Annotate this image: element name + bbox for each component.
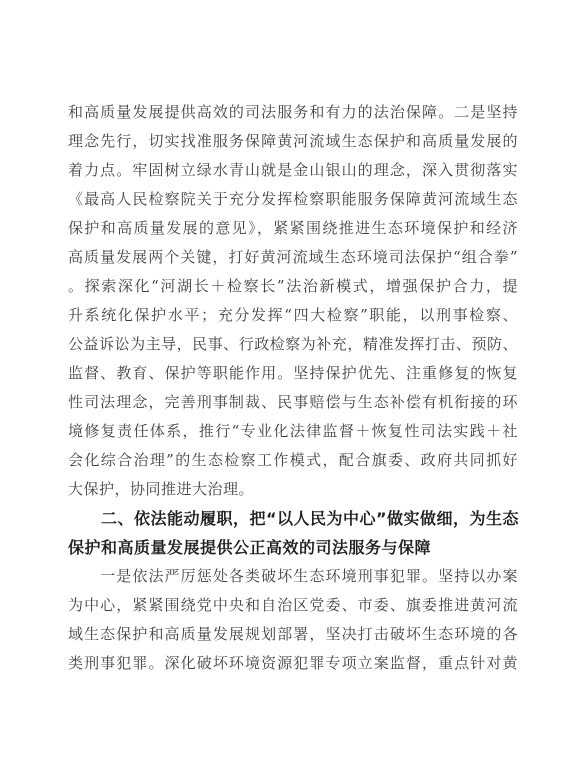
text-line: 一是依法严厉惩处各类破坏生态环境刑事犯罪。坚持以办案 [68,562,518,591]
text-line: 域生态保护和高质量发展规划部署，坚决打击破坏生态环境的各 [68,620,518,649]
text-line: 和高质量发展提供高效的司法服务和有力的法治保障。二是坚持 [68,98,518,127]
text-line: 为中心，紧紧围绕党中央和自治区党委、市委、旗委推进黄河流 [68,591,518,620]
paragraph-continued: 和高质量发展提供高效的司法服务和有力的法治保障。二是坚持理念先行，切实找准服务保… [68,98,518,504]
text-line: 着力点。牢固树立绿水青山就是金山银山的理念，深入贯彻落实 [68,156,518,185]
text-line: 《最高人民检察院关于充分发挥检察职能服务保障黄河流域生态 [68,185,518,214]
paragraph-first-point: 一是依法严厉惩处各类破坏生态环境刑事犯罪。坚持以办案为中心，紧紧围绕党中央和自治… [68,562,518,678]
text-line: 性司法理念，完善刑事制裁、民事赔偿与生态补偿有机衔接的环 [68,388,518,417]
text-line: 会化综合治理”的生态检察工作模式，配合旗委、政府共同抓好 [68,446,518,475]
text-line: 监督、教育、保护等职能作用。坚持保护优先、注重修复的恢复 [68,359,518,388]
text-line: 境修复责任体系，推行“专业化法律监督＋恢复性司法实践＋社 [68,417,518,446]
text-line: 类刑事犯罪。深化破坏环境资源犯罪专项立案监督，重点针对黄 [68,649,518,678]
text-line: 公益诉讼为主导，民事、行政检察为补充，精准发挥打击、预防、 [68,330,518,359]
text-line: 保护和高质量发展的意见》，紧紧围绕推进生态环境保护和经济 [68,214,518,243]
text-line: 理念先行，切实找准服务保障黄河流域生态保护和高质量发展的 [68,127,518,156]
document-page: 和高质量发展提供高效的司法服务和有力的法治保障。二是坚持理念先行，切实找准服务保… [0,0,586,759]
text-line: 升系统化保护水平；充分发挥“四大检察”职能，以刑事检察、 [68,301,518,330]
section-heading: 二、依法能动履职，把“以人民为中心”做实做细，为生态保护和高质量发展提供公正高效… [68,504,518,562]
text-line: 二、依法能动履职，把“以人民为中心”做实做细，为生态 [68,504,518,533]
text-line: 大保护，协同推进大治理。 [68,475,518,504]
text-line: 高质量发展两个关键，打好黄河流域生态环境司法保护“组合拳” [68,243,518,272]
text-line: 保护和高质量发展提供公正高效的司法服务与保障 [68,533,518,562]
document-content: 和高质量发展提供高效的司法服务和有力的法治保障。二是坚持理念先行，切实找准服务保… [68,98,518,678]
text-line: 。探索深化“河湖长＋检察长”法治新模式，增强保护合力，提 [68,272,518,301]
